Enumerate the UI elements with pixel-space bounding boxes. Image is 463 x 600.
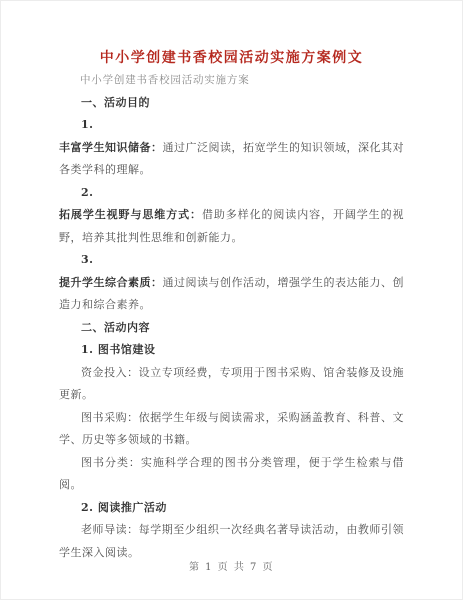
item1-number: 1. [59,114,404,137]
document-title: 中小学创建书香校园活动实施方案例文 [59,47,404,69]
subsection1-paragraph-3: 图书分类：实施科学合理的图书分类管理，便于学生检索与借阅。 [59,452,404,497]
document-subtitle: 中小学创建书香校园活动实施方案 [59,69,404,92]
page-number-footer: 第 1 页 共 7 页 [1,558,462,573]
subsection1-paragraph-1: 资金投入：设立专项经费，专项用于图书采购、馆舍装修及设施更新。 [59,362,404,407]
subsection2-heading: 2. 阅读推广活动 [59,497,404,520]
section1-heading: 一、活动目的 [59,92,404,115]
item3-lead: 提升学生综合素质： [59,276,163,289]
item3-number: 3. [59,249,404,272]
subsection1-paragraph-2: 图书采购：依据学生年级与阅读需求，采购涵盖教育、科普、文学、历史等多领域的书籍。 [59,407,404,452]
section2-heading: 二、活动内容 [59,317,404,340]
item1-paragraph: 丰富学生知识储备：通过广泛阅读，拓宽学生的知识领域，深化其对各类学科的理解。 [59,137,404,182]
item2-paragraph: 拓展学生视野与思维方式：借助多样化的阅读内容，开阔学生的视野，培养其批判性思维和… [59,204,404,249]
item1-lead: 丰富学生知识储备： [59,141,163,154]
item2-lead: 拓展学生视野与思维方式： [59,208,202,221]
item2-number: 2. [59,182,404,205]
document-page: 中小学创建书香校园活动实施方案例文 中小学创建书香校园活动实施方案 一、活动目的… [0,0,463,600]
subsection1-heading: 1. 图书馆建设 [59,339,404,362]
document-content: 中小学创建书香校园活动实施方案例文 中小学创建书香校园活动实施方案 一、活动目的… [1,1,462,564]
item3-paragraph: 提升学生综合素质：通过阅读与创作活动，增强学生的表达能力、创造力和综合素养。 [59,272,404,317]
